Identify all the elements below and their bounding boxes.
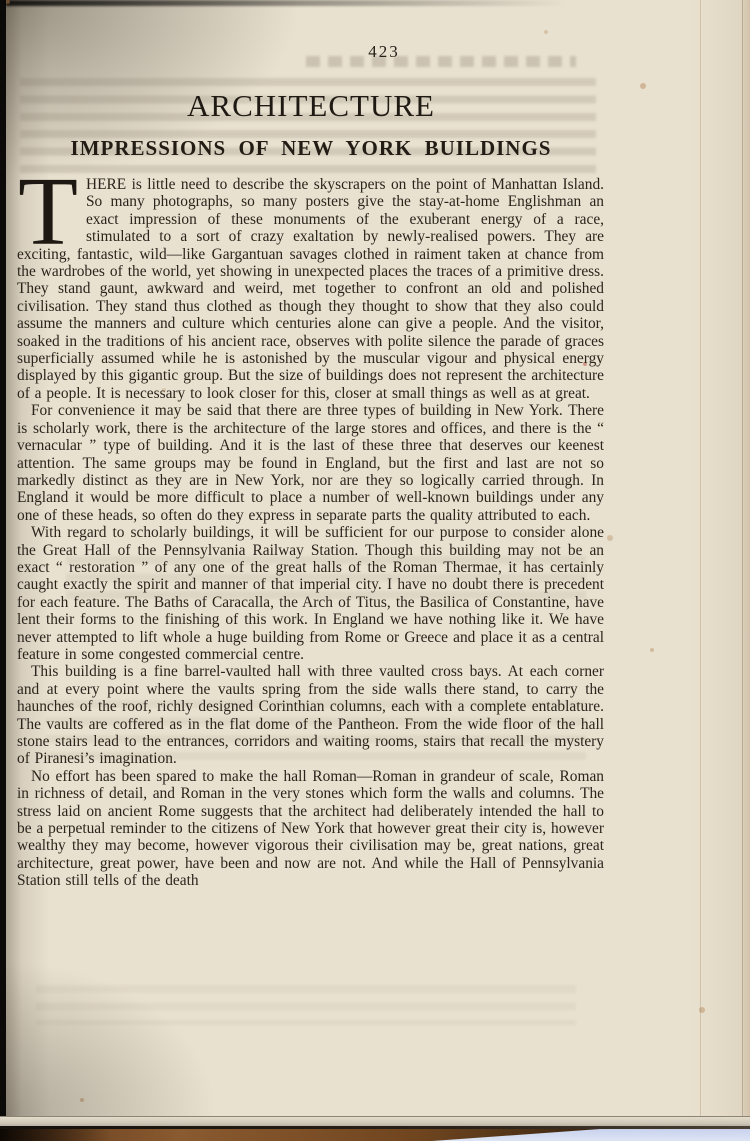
page-curl-line (700, 0, 701, 1116)
drop-cap: T (17, 177, 79, 245)
body-paragraph: For convenience it may be said that ther… (17, 402, 604, 524)
body-paragraph: THERE is little need to describe the sky… (17, 176, 604, 402)
page-number: 423 (12, 42, 750, 62)
bleedthrough-text-low (36, 985, 576, 1025)
foxing-spots (6, 0, 10, 4)
article-title: ARCHITECTURE (18, 88, 604, 124)
article-subtitle: IMPRESSIONS OF NEW YORK BUILDINGS (18, 136, 604, 161)
body-text-column: THERE is little need to describe the sky… (17, 176, 604, 890)
top-edge-shadow (6, 0, 566, 6)
body-paragraph: With regard to scholarly buildings, it w… (17, 524, 604, 663)
fore-edge-tint (743, 0, 750, 1116)
book-page: 423 ARCHITECTURE IMPRESSIONS OF NEW YORK… (6, 0, 750, 1116)
paragraph-text: HERE is little need to describe the skys… (17, 176, 604, 402)
cover-shadow (0, 1129, 110, 1141)
scanned-book-photo: 423 ARCHITECTURE IMPRESSIONS OF NEW YORK… (0, 0, 750, 1141)
body-paragraph: No effort has been spared to make the ha… (17, 768, 604, 890)
body-paragraph: This building is a fine barrel-vaulted h… (17, 663, 604, 767)
